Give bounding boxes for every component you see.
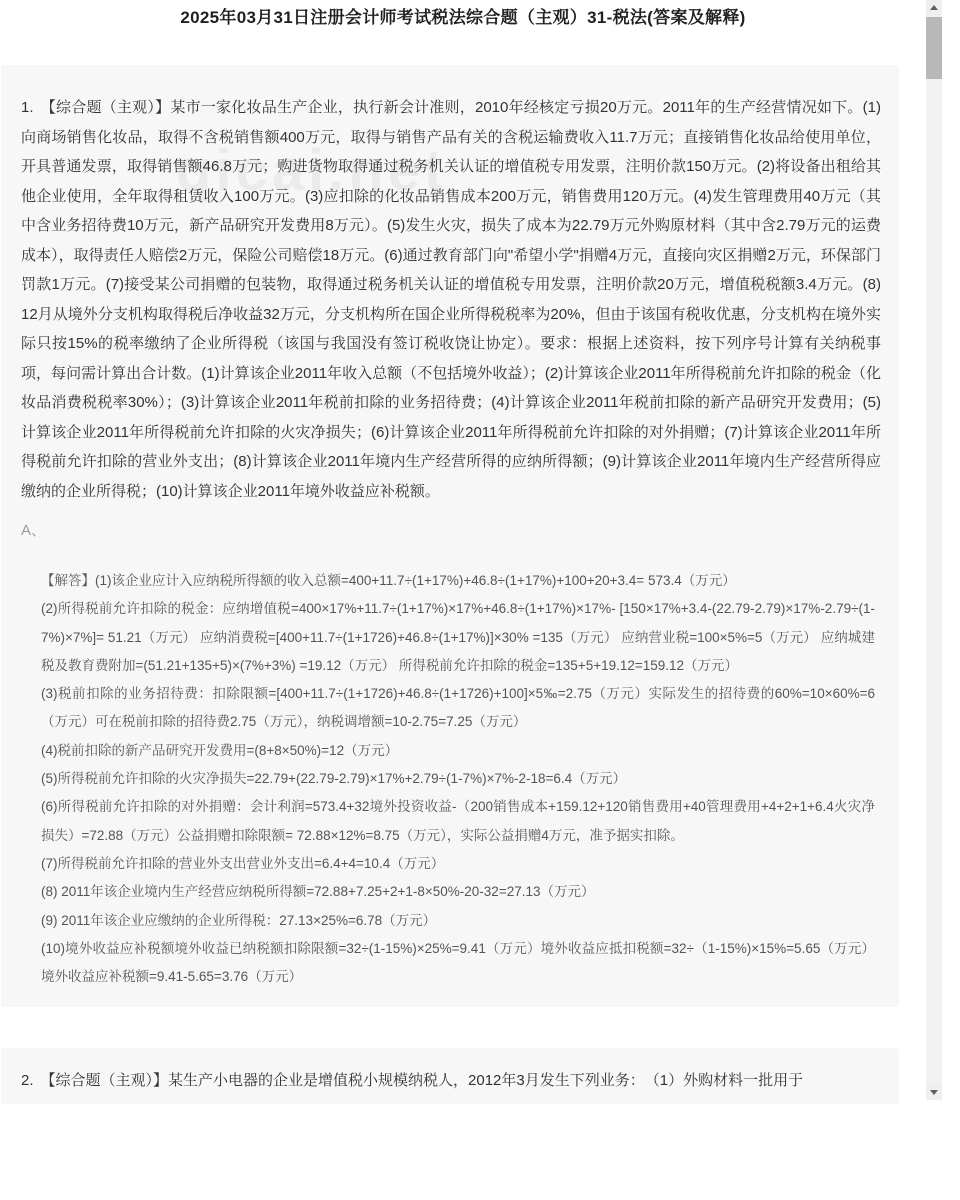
question-2-number: 2.	[21, 1072, 34, 1089]
page: 2025年03月31日注册会计师考试税法综合题（主观）31-税法(答案及解释) …	[0, 0, 960, 1200]
answer-item-8: (8) 2011年该企业境内生产经营应纳税所得额=72.88+7.25+2+1-…	[41, 878, 875, 906]
document-content: 2025年03月31日注册会计师考试税法综合题（主观）31-税法(答案及解释) …	[0, 0, 926, 1104]
question-2-text: 2.【综合题（主观）】某生产小电器的企业是增值税小规模纳税人，2012年3月发生…	[21, 1066, 881, 1096]
question-2-body: 某生产小电器的企业是增值税小规模纳税人，2012年3月发生下列业务： （1）外购…	[168, 1072, 803, 1089]
answer-item-7: (7)所得税前允许扣除的营业外支出营业外支出=6.4+4=10.4（万元）	[41, 850, 875, 878]
scrollbar-thumb[interactable]	[926, 17, 942, 79]
question-1-card: qicai.net 1.【综合题（主观）】某市一家化妆品生产企业，执行新会计准则…	[1, 65, 899, 1007]
scrollbar-down-button[interactable]	[926, 1084, 942, 1100]
arrow-down-icon	[930, 1090, 938, 1095]
document-frame: 2025年03月31日注册会计师考试税法综合题（主观）31-税法(答案及解释) …	[0, 0, 942, 1104]
question-1-type-label: 【综合题（主观）】	[41, 99, 171, 116]
answer-item-9: (9) 2011年该企业应缴纳的企业所得税：27.13×25%=6.78（万元）	[41, 907, 875, 935]
answer-item-4: (4)税前扣除的新产品研究开发费用=(8+8×50%)=12（万元）	[41, 737, 875, 765]
page-title: 2025年03月31日注册会计师考试税法综合题（主观）31-税法(答案及解释)	[0, 0, 926, 30]
question-1-number: 1.	[21, 99, 34, 116]
arrow-up-icon	[930, 5, 938, 10]
question-2-type-label: 【综合题（主观）】	[41, 1072, 169, 1089]
scrollbar-track[interactable]	[926, 0, 942, 1100]
answer-item-1: 【解答】(1)该企业应计入应纳税所得额的收入总额=400+11.7÷(1+17%…	[41, 567, 875, 595]
answer-item-10: (10)境外收益应补税额境外收益已纳税额扣除限额=32÷(1-15%)×25%=…	[41, 935, 875, 992]
answer-item-5: (5)所得税前允许扣除的火灾净损失=22.79+(22.79-2.79)×17%…	[41, 765, 875, 793]
question-2-card: 2.【综合题（主观）】某生产小电器的企业是增值税小规模纳税人，2012年3月发生…	[1, 1048, 899, 1104]
option-a-label: A、	[21, 520, 881, 542]
answer-item-3: (3)税前扣除的业务招待费：扣除限额=[400+11.7÷(1+1726)+46…	[41, 680, 875, 737]
answer-section: 【解答】(1)该企业应计入应纳税所得额的收入总额=400+11.7÷(1+17%…	[21, 567, 881, 991]
scrollbar-up-button[interactable]	[926, 0, 942, 16]
answer-item-6: (6)所得税前允许扣除的对外捐赠：会计利润=573.4+32境外投资收益-（20…	[41, 793, 875, 850]
answer-item-2: (2)所得税前允许扣除的税金：应纳增值税=400×17%+11.7÷(1+17%…	[41, 595, 875, 680]
question-1-body: 某市一家化妆品生产企业，执行新会计准则，2010年经核定亏损20万元。2011年…	[21, 99, 881, 500]
question-1-text: 1.【综合题（主观）】某市一家化妆品生产企业，执行新会计准则，2010年经核定亏…	[21, 93, 881, 506]
